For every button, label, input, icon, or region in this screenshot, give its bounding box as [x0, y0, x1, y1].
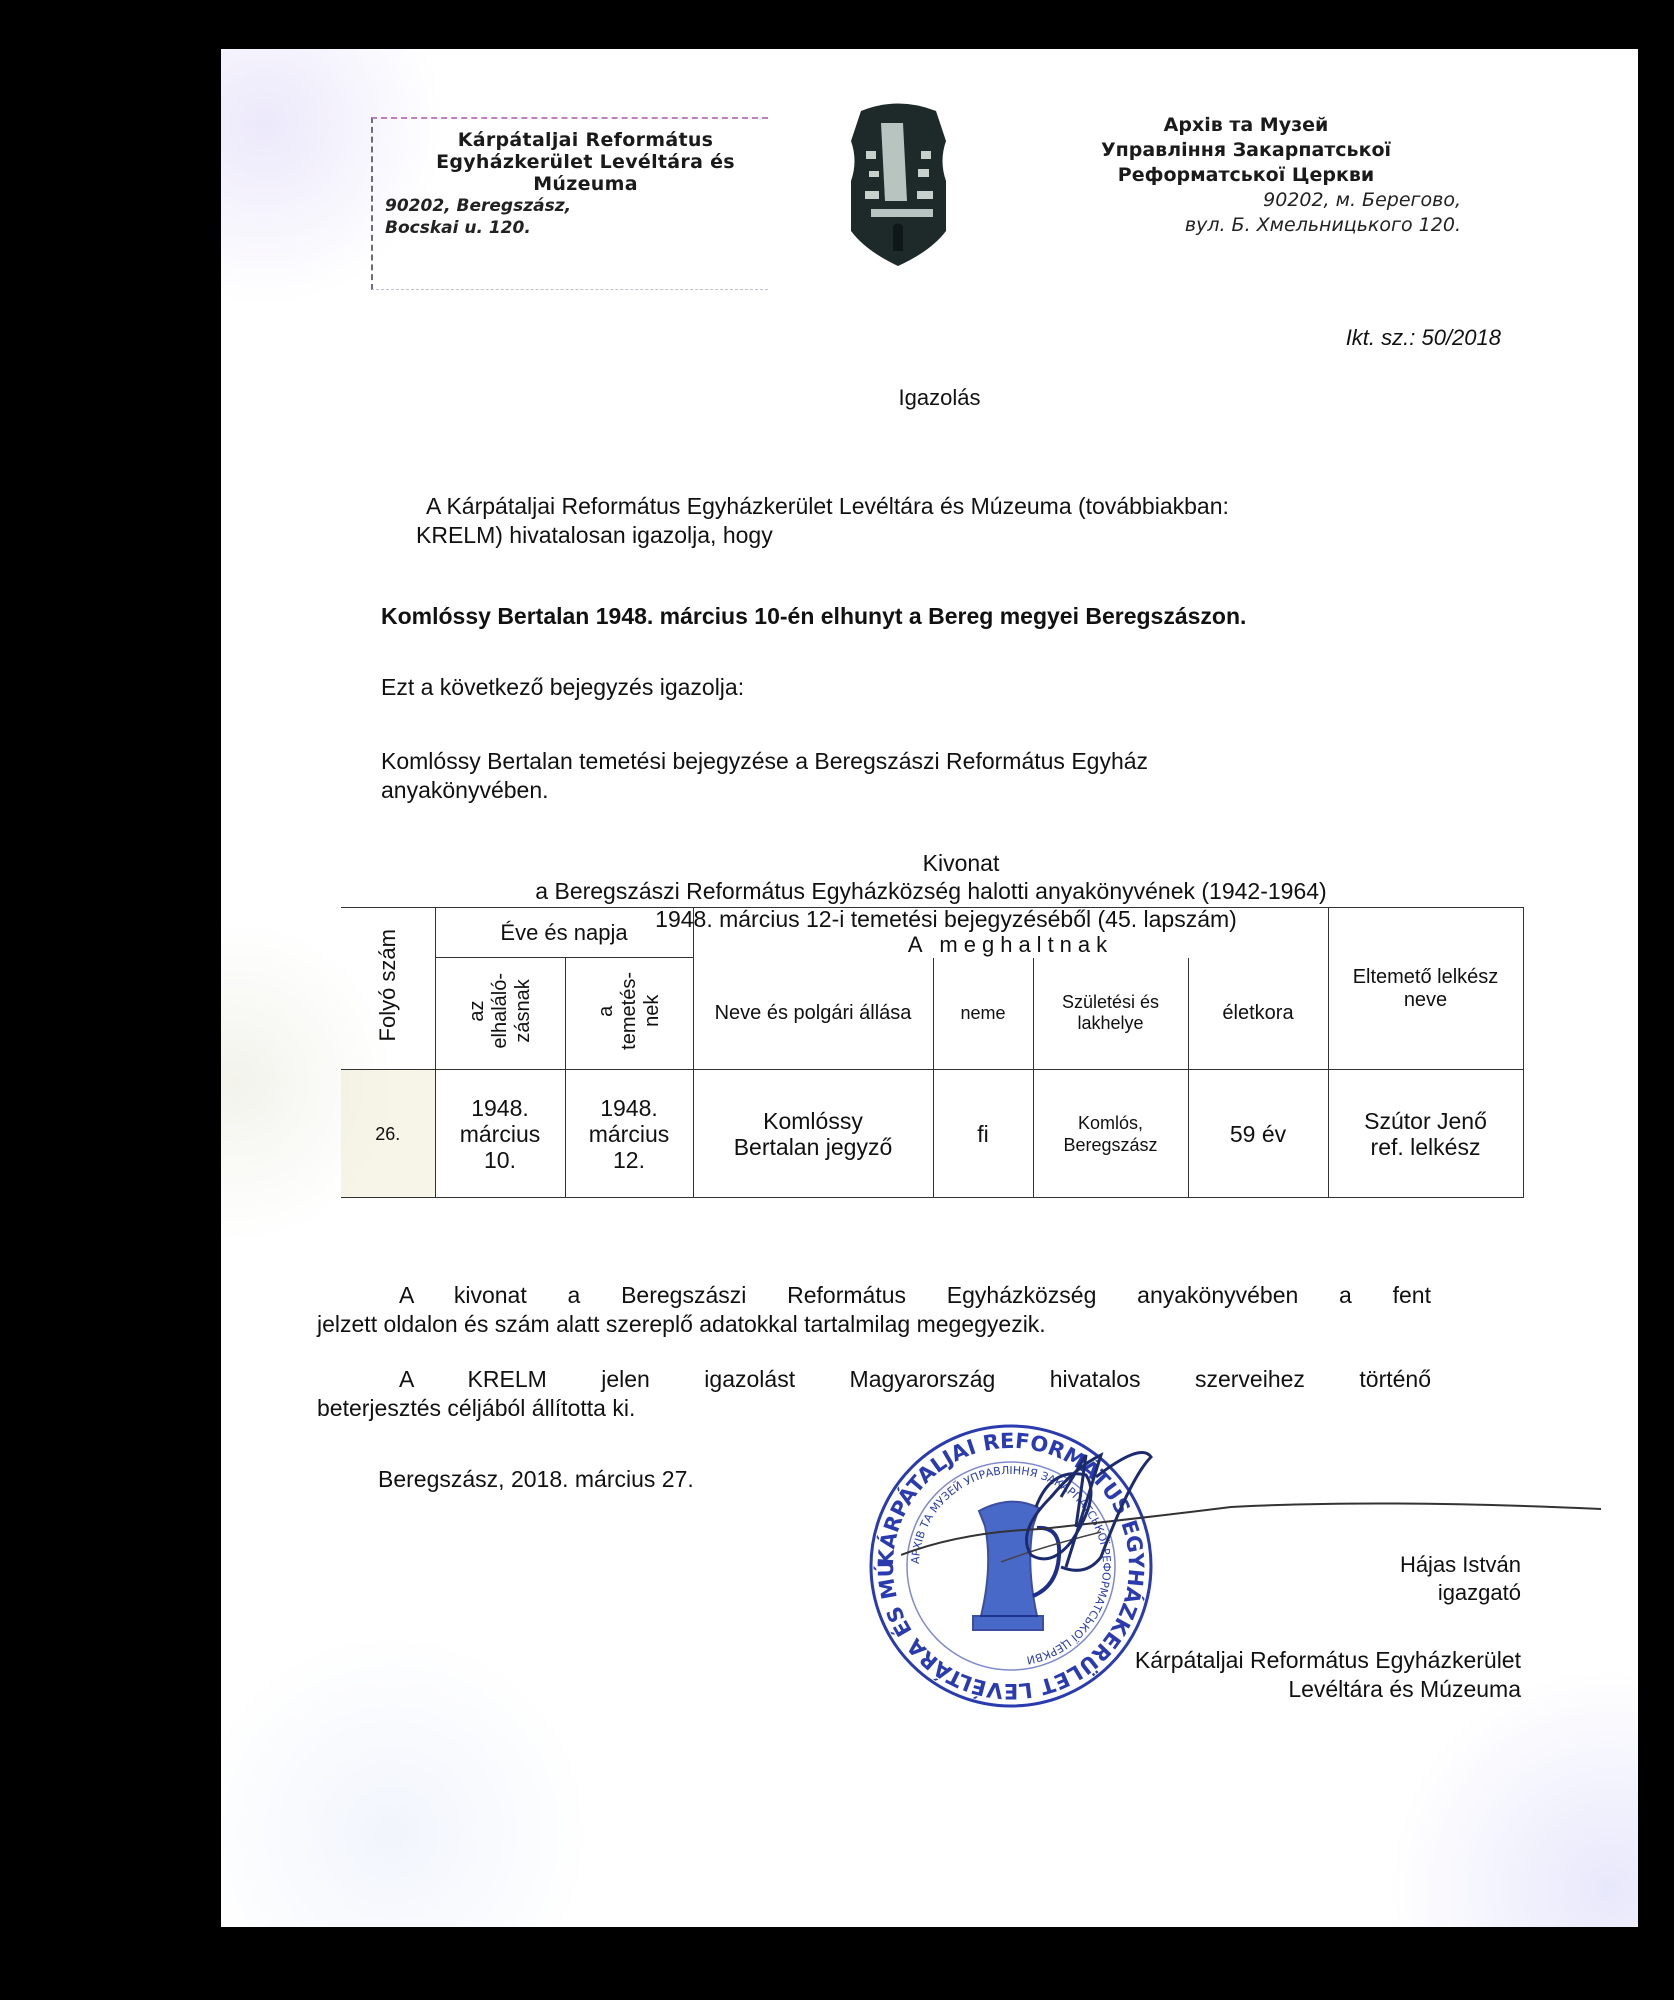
evidence-paragraph: Komlóssy Bertalan temetési bejegyzése a … — [381, 747, 1381, 805]
conformity-paragraph: A kivonat a Beregszászi Református Egyhá… — [317, 1281, 1431, 1339]
evidence-intro: Ezt a következő bejegyzés igazolja: — [381, 673, 1381, 702]
intro-paragraph: A Kárpátaljai Református Egyházkerület L… — [426, 492, 1426, 550]
cell-sex: fi — [933, 1070, 1033, 1198]
letterhead-right-name: Архів та Музей Управління Закарпатської … — [1001, 113, 1491, 188]
header-birth-residence: Születési és lakhelye — [1033, 958, 1188, 1070]
cell-burial-date: 1948. március 12. — [565, 1070, 693, 1198]
signatory-name: Hájas István — [1171, 1551, 1521, 1579]
cell-death-date: 1948. március 10. — [435, 1070, 565, 1198]
header-death-date: az elhaláló- zásnak — [435, 958, 565, 1070]
letterhead-left-address: 90202, Beregszász, Bocskai u. 120. — [373, 195, 768, 239]
header-burial-date: a temetés- nek — [565, 958, 693, 1070]
header-age: életkora — [1188, 958, 1328, 1070]
letterhead-right-address: 90202, м. Берегово, вул. Б. Хмельницьког… — [1001, 188, 1491, 238]
document-title: Igazolás — [221, 385, 1638, 411]
signatory: Hájas István igazgató — [1171, 1551, 1521, 1607]
signatory-organization: Kárpátaljai Református Egyházkerület Lev… — [981, 1646, 1521, 1704]
cell-pastor: Szútor Jenő ref. lelkész — [1328, 1070, 1523, 1198]
letterhead-left: Kárpátaljai Református Egyházkerület Lev… — [371, 117, 768, 290]
place-date: Beregszász, 2018. március 27. — [378, 1465, 694, 1494]
church-crest-icon — [841, 101, 956, 271]
cell-serial: 26. — [341, 1070, 435, 1198]
registration-number: Ikt. sz.: 50/2018 — [1251, 325, 1501, 351]
certificate-page: Kárpátaljai Református Egyházkerület Lev… — [221, 49, 1638, 1927]
letterhead-left-name: Kárpátaljai Református Egyházkerület Lev… — [373, 129, 768, 195]
cell-age: 59 év — [1188, 1070, 1328, 1198]
cell-name-status: Komlóssy Bertalan jegyző — [693, 1070, 933, 1198]
header-sex: neme — [933, 958, 1033, 1070]
death-statement: Komlóssy Bertalan 1948. március 10-én el… — [381, 602, 1501, 631]
header-serial: Folyó szám — [341, 908, 435, 1070]
signatory-title: igazgató — [1171, 1579, 1521, 1607]
cell-birth-residence: Komlós, Beregszász — [1033, 1070, 1188, 1198]
table-row: 26. 1948. március 10. 1948. március 12. … — [341, 1070, 1523, 1198]
death-register-extract-table: Folyó szám Éve és napja A meghaltnak Elt… — [341, 907, 1524, 1198]
header-year-day-group: Éve és napja — [435, 908, 693, 958]
letterhead-right: Архів та Музей Управління Закарпатської … — [1001, 113, 1491, 238]
purpose-paragraph: A KRELM jelen igazolást Magyarország hiv… — [317, 1365, 1431, 1423]
header-deceased-group: A meghaltnak — [693, 908, 1328, 958]
header-name-status: Neve és polgári állása — [693, 958, 933, 1070]
header-pastor: Eltemető lelkész neve — [1328, 908, 1523, 1070]
